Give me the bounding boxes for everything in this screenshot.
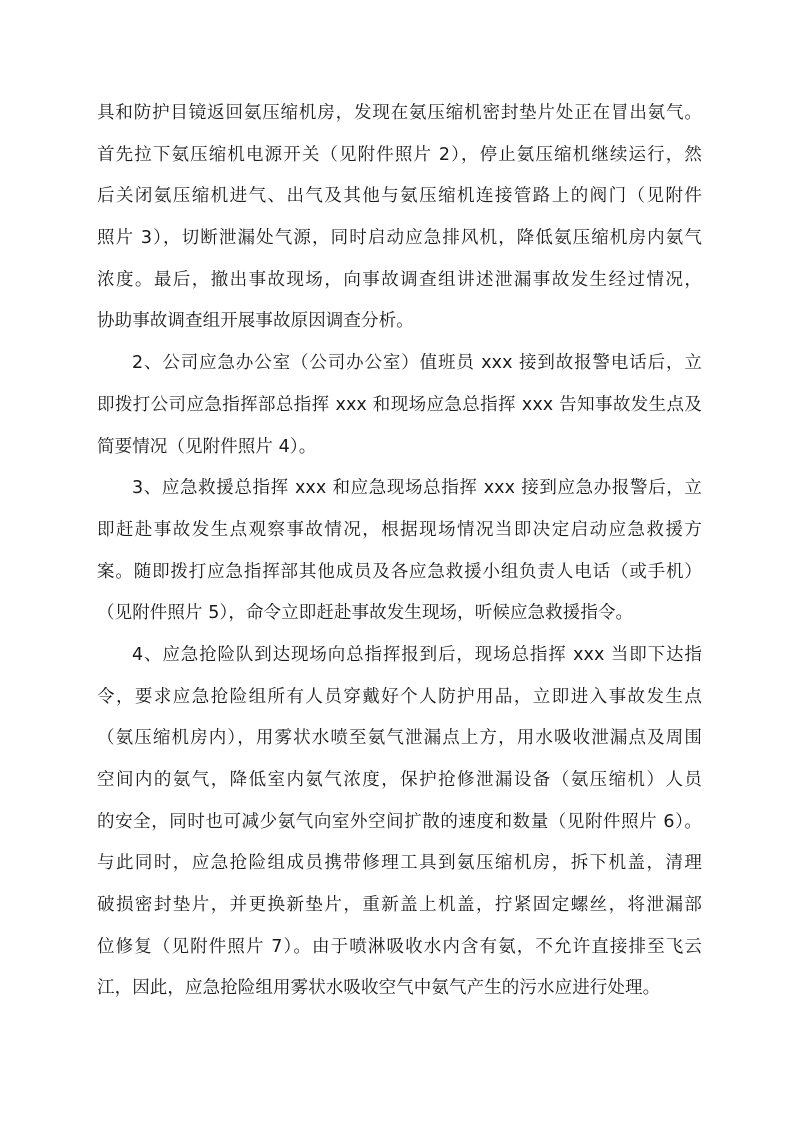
document-page: 具和防护目镜返回氨压缩机房，发现在氨压缩机密封垫片处正在冒出氨气。 首先拉下氨压… [97, 97, 702, 1014]
text-line: （见附件照片 5），命令立即赶赴事故发生现场，听候应急救援指令。 [97, 597, 702, 639]
text-line: 照片 3），切断泄漏处气源，同时启动应急排风机，降低氨压缩机房内氨气 [97, 222, 702, 264]
text-line: 浓度。最后，撤出事故现场，向事故调查组讲述泄漏事故发生经过情况， [97, 264, 702, 306]
paragraph-continuation: 具和防护目镜返回氨压缩机房，发现在氨压缩机密封垫片处正在冒出氨气。 首先拉下氨压… [97, 97, 702, 347]
text-line: 江，因此，应急抢险组用雾状水吸收空气中氨气产生的污水应进行处理。 [97, 972, 702, 1014]
text-line: 3、应急救援总指挥 xxx 和应急现场总指挥 xxx 接到应急办报警后，立 [97, 472, 702, 514]
paragraph-3: 3、应急救援总指挥 xxx 和应急现场总指挥 xxx 接到应急办报警后，立 即赶… [97, 472, 702, 639]
paragraph-4: 4、应急抢险队到达现场向总指挥报到后，现场总指挥 xxx 当即下达指 令，要求应… [97, 639, 702, 1014]
text-line: 具和防护目镜返回氨压缩机房，发现在氨压缩机密封垫片处正在冒出氨气。 [97, 97, 702, 139]
text-line: 2、公司应急办公室（公司办公室）值班员 xxx 接到故报警电话后，立 [97, 347, 702, 389]
text-line: 即拨打公司应急指挥部总指挥 xxx 和现场应急总指挥 xxx 告知事故发生点及 [97, 389, 702, 431]
text-line: 破损密封垫片，并更换新垫片，重新盖上机盖，拧紧固定螺丝，将泄漏部 [97, 889, 702, 931]
text-line: 后关闭氨压缩机进气、出气及其他与氨压缩机连接管路上的阀门（见附件 [97, 180, 702, 222]
paragraph-2: 2、公司应急办公室（公司办公室）值班员 xxx 接到故报警电话后，立 即拨打公司… [97, 347, 702, 472]
text-line: 即赶赴事故发生点观察事故情况，根据现场情况当即决定启动应急救援方 [97, 514, 702, 556]
text-line: 令，要求应急抢险组所有人员穿戴好个人防护用品，立即进入事故发生点 [97, 681, 702, 723]
text-line: 案。随即拨打应急指挥部其他成员及各应急救援小组负责人电话（或手机） [97, 556, 702, 598]
text-line: 简要情况（见附件照片 4）。 [97, 431, 702, 473]
text-line: 与此同时，应急抢险组成员携带修理工具到氨压缩机房，拆下机盖，清理 [97, 847, 702, 889]
text-line: 空间内的氨气，降低室内氨气浓度，保护抢修泄漏设备（氨压缩机）人员 [97, 764, 702, 806]
text-line: 4、应急抢险队到达现场向总指挥报到后，现场总指挥 xxx 当即下达指 [97, 639, 702, 681]
text-line: 位修复（见附件照片 7）。由于喷淋吸收水内含有氨，不允许直接排至飞云 [97, 931, 702, 973]
text-line: 的安全，同时也可减少氨气向室外空间扩散的速度和数量（见附件照片 6）。 [97, 806, 702, 848]
text-line: 协助事故调查组开展事故原因调查分析。 [97, 305, 702, 347]
text-line: （氨压缩机房内），用雾状水喷至氨气泄漏点上方，用水吸收泄漏点及周围 [97, 722, 702, 764]
text-line: 首先拉下氨压缩机电源开关（见附件照片 2），停止氨压缩机继续运行，然 [97, 139, 702, 181]
